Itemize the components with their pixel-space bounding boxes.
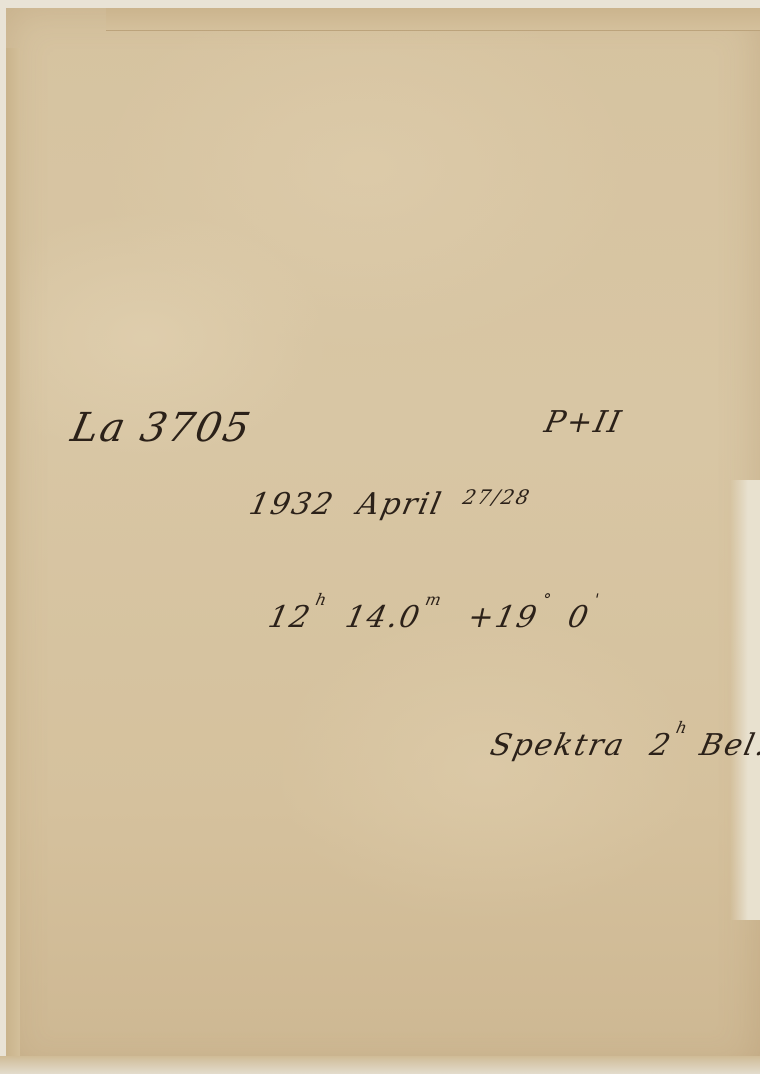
date-days: 27/28 xyxy=(461,485,534,509)
ra-minutes: 14.0 xyxy=(342,600,424,635)
plate-code-text: P+II xyxy=(541,405,625,440)
exposure-value: 2 xyxy=(647,728,676,763)
plate-code: P+II xyxy=(541,405,625,440)
spectra-label: Spektra xyxy=(487,728,628,763)
dec-degrees-unit: ° xyxy=(541,590,555,609)
paper-bottom-edge xyxy=(0,1056,760,1074)
date-year: 1932 xyxy=(246,487,338,522)
dec-degrees: +19 xyxy=(465,600,542,635)
paper-left-edge xyxy=(6,48,20,1058)
envelope-top-fold xyxy=(106,8,760,31)
paper-right-edge xyxy=(730,480,760,920)
date-month: April xyxy=(354,487,446,522)
coordinates: 12h 14.0m +19° 0' xyxy=(265,590,602,635)
ra-hours: 12 xyxy=(265,600,315,635)
ra-hours-unit: h xyxy=(314,590,330,609)
exposure-note: Bel. xyxy=(697,728,760,763)
ra-minutes-unit: m xyxy=(424,590,445,609)
object-text: La 3705 xyxy=(67,405,256,451)
object-designation: La 3705 xyxy=(67,405,256,451)
spectra-note: Spektra 2h Bel. xyxy=(487,718,760,763)
observation-date: 1932 April 27/28 xyxy=(246,485,533,522)
exposure-unit: h xyxy=(674,718,690,737)
paper-sheet xyxy=(6,8,760,1074)
dec-minutes: 0 xyxy=(565,600,594,635)
